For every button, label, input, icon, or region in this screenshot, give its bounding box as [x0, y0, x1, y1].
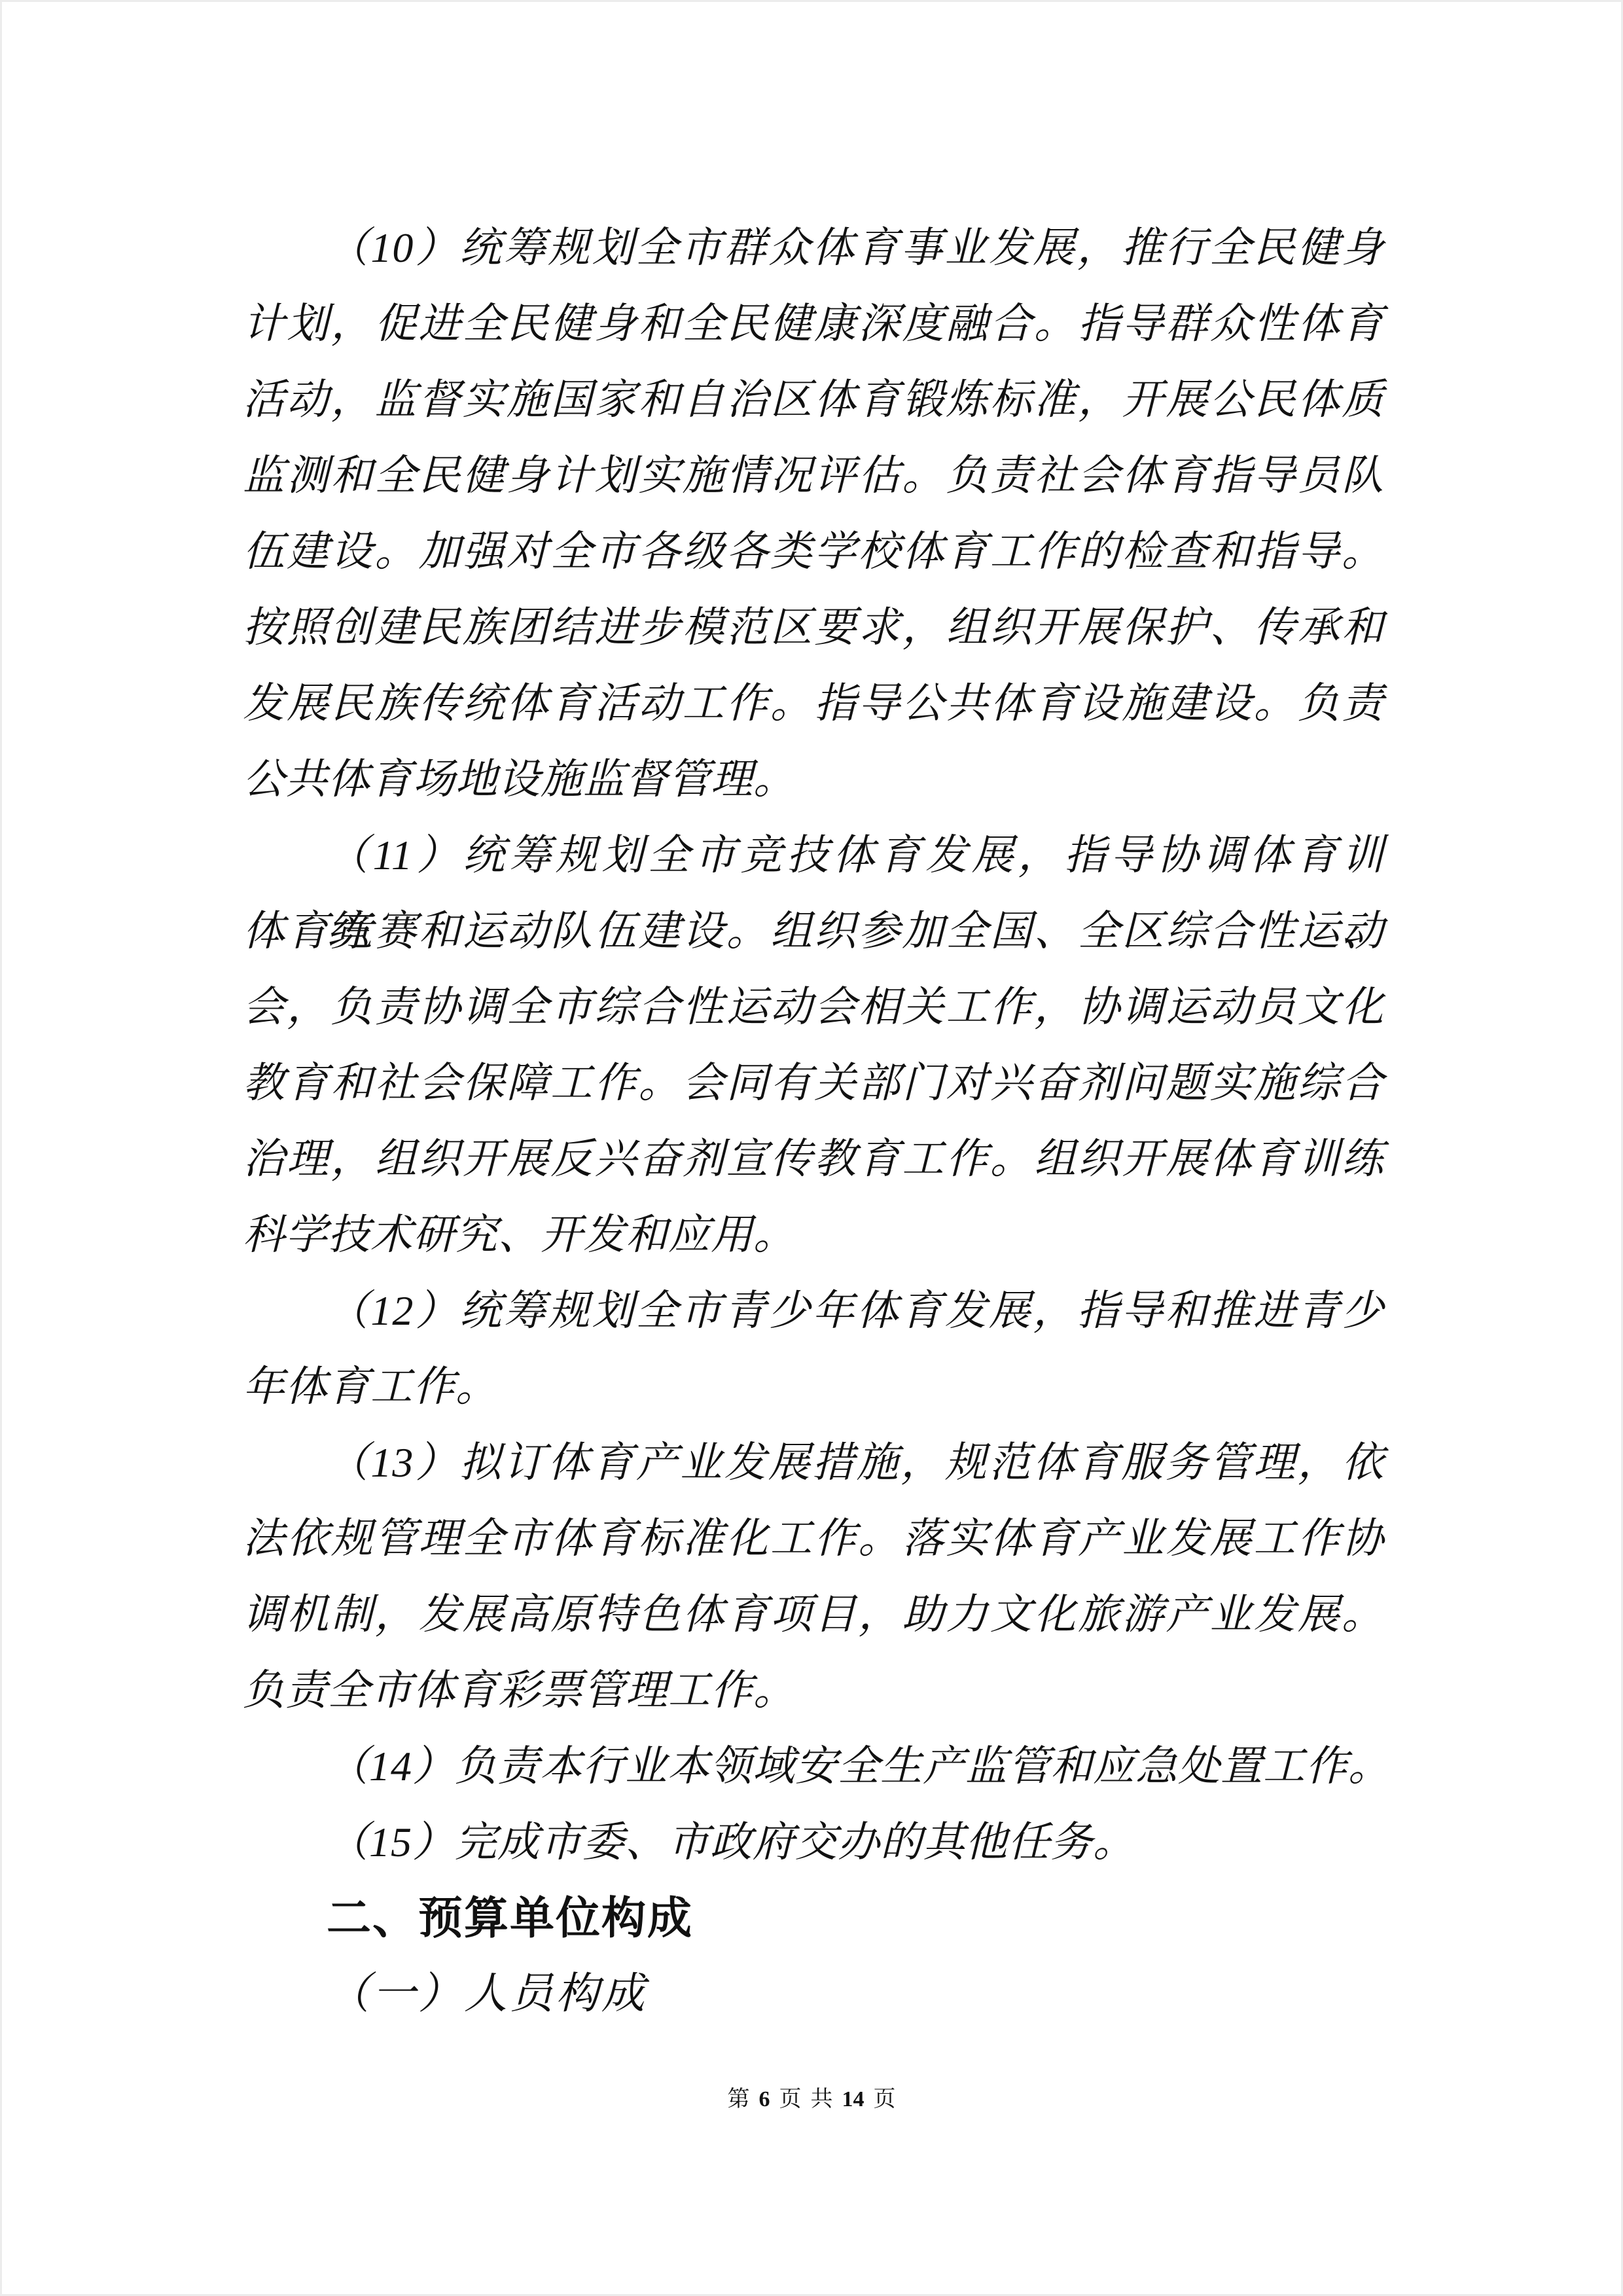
paragraph-line: 监测和全民健身计划实施情况评估。负责社会体育指导员队 [243, 438, 1384, 514]
footer-total-prefix: 共 [811, 2085, 833, 2115]
footer-page-prefix: 第 [728, 2085, 750, 2115]
page-footer: 第 6 页 共 14 页 [2, 2085, 1621, 2115]
footer-page-number: 6 [759, 2085, 770, 2115]
footer-page-label: 页 [779, 2085, 802, 2115]
paragraph-line: 教育和社会保障工作。会同有关部门对兴奋剂问题实施综合 [243, 1045, 1384, 1121]
section-heading: 二、预算单位构成 [243, 1880, 1384, 1956]
paragraph-line: 会，负责协调全市综合性运动会相关工作，协调运动员文化 [243, 969, 1384, 1045]
paragraph-line: 调机制，发展高原特色体育项目，助力文化旅游产业发展。 [243, 1577, 1384, 1653]
footer-total-label: 页 [874, 2085, 896, 2115]
footer-total-pages: 14 [842, 2085, 865, 2115]
paragraph-line: （11）统筹规划全市竞技体育发展，指导协调体育训练、 [243, 817, 1384, 893]
paragraph-line: （14）负责本行业本领域安全生产监管和应急处置工作。 [243, 1729, 1384, 1804]
document-body: （10）统筹规划全市群众体育事业发展，推行全民健身 计划，促进全民健身和全民健康… [243, 210, 1384, 2032]
document-page: （10）统筹规划全市群众体育事业发展，推行全民健身 计划，促进全民健身和全民健康… [0, 0, 1623, 2296]
paragraph-line: 年体育工作。 [243, 1349, 1384, 1425]
paragraph-line: （13）拟订体育产业发展措施，规范体育服务管理，依 [243, 1425, 1384, 1501]
paragraph-line: 发展民族传统体育活动工作。指导公共体育设施建设。负责 [243, 666, 1384, 742]
paragraph-line: 法依规管理全市体育标准化工作。落实体育产业发展工作协 [243, 1501, 1384, 1577]
paragraph-line: 计划，促进全民健身和全民健康深度融合。指导群众性体育 [243, 286, 1384, 362]
paragraph-line: 科学技术研究、开发和应用。 [243, 1197, 1384, 1273]
paragraph-line: （10）统筹规划全市群众体育事业发展，推行全民健身 [243, 210, 1384, 286]
paragraph-line: 按照创建民族团结进步模范区要求，组织开展保护、传承和 [243, 590, 1384, 666]
paragraph-line: 活动，监督实施国家和自治区体育锻炼标准，开展公民体质 [243, 362, 1384, 438]
paragraph-line: （15）完成市委、市政府交办的其他任务。 [243, 1804, 1384, 1880]
paragraph-line: 负责全市体育彩票管理工作。 [243, 1653, 1384, 1729]
paragraph-line: 体育竞赛和运动队伍建设。组织参加全国、全区综合性运动 [243, 893, 1384, 969]
paragraph-line: 伍建设。加强对全市各级各类学校体育工作的检查和指导。 [243, 514, 1384, 590]
subsection-heading: （一）人员构成 [243, 1956, 1384, 2032]
paragraph-line: （12）统筹规划全市青少年体育发展，指导和推进青少 [243, 1273, 1384, 1349]
paragraph-line: 治理，组织开展反兴奋剂宣传教育工作。组织开展体育训练 [243, 1121, 1384, 1197]
paragraph-line: 公共体育场地设施监督管理。 [243, 742, 1384, 817]
